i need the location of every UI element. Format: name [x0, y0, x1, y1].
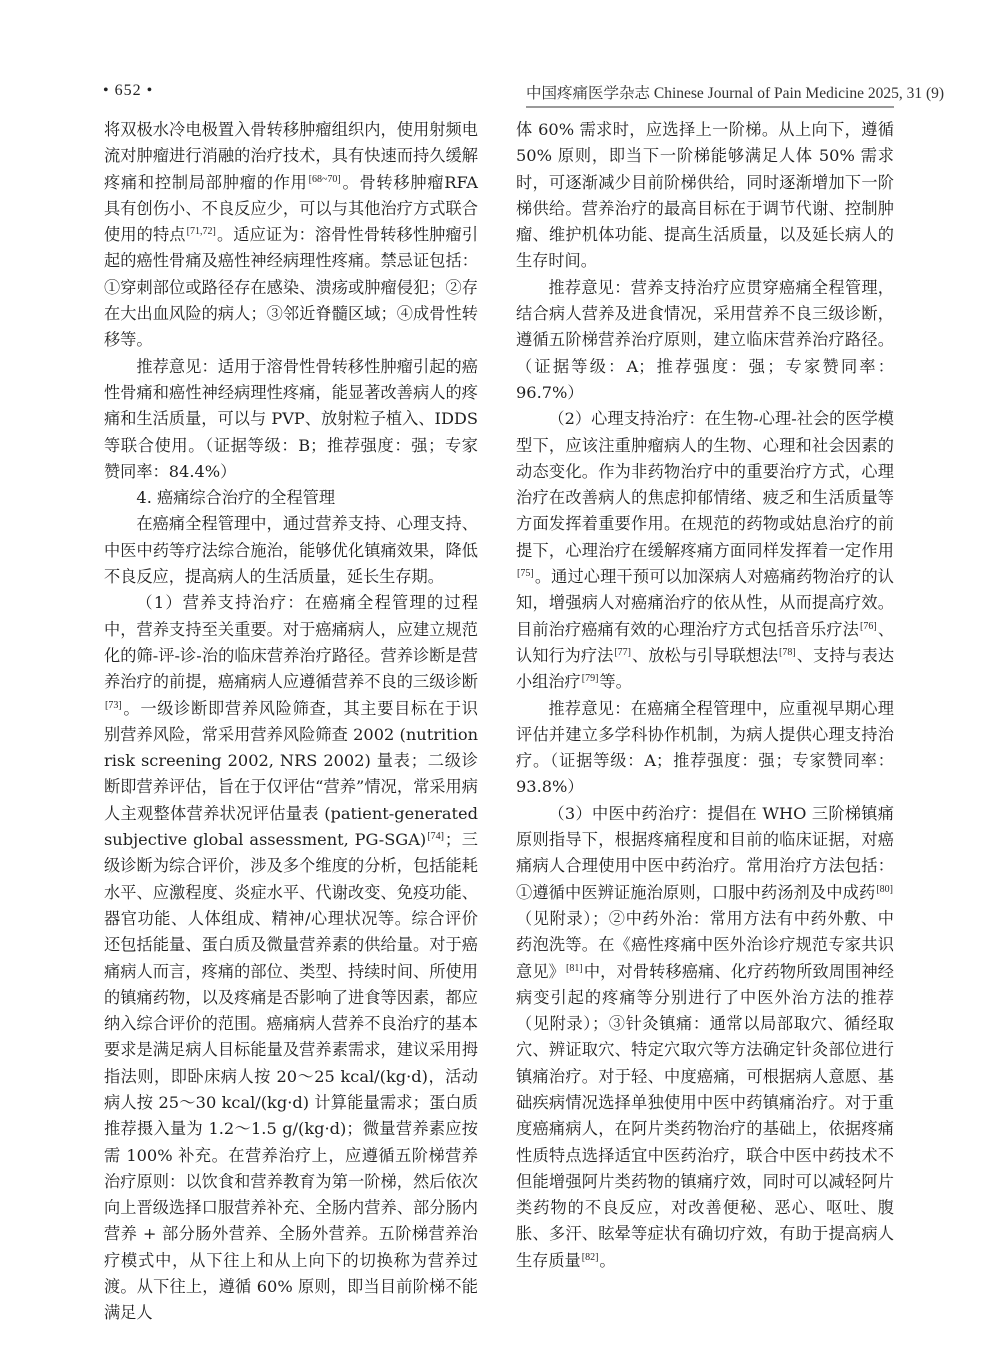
citation[interactable]: [81] [566, 963, 583, 974]
paragraph-intro-full-management: 在癌痛全程管理中，通过营养支持、心理支持、中医中药等疗法综合施治，能够优化镇痛效… [104, 511, 478, 590]
citation[interactable]: [79] [582, 673, 599, 684]
text: 中，对骨转移癌痛、化疗药物所致周围神经病变引起的疼痛等分别进行了中医外治方法的推… [516, 962, 894, 1270]
section-heading: 4. 癌痛综合治疗的全程管理 [104, 485, 478, 511]
recommendation-nutrition: 推荐意见：营养支持治疗应贯穿癌痛全程管理，结合病人营养及进食情况，采用营养不良三… [516, 275, 894, 406]
recommendation-psychological: 推荐意见：在癌痛全程管理中，应重视早期心理评估并建立多学科协作机制，为病人提供心… [516, 696, 894, 801]
paragraph-nutrition-continued: 体 60% 需求时，应选择上一阶梯。从上向下，遵循 50% 原则，即当下一阶梯能… [516, 117, 894, 275]
citation[interactable]: [75] [517, 568, 534, 579]
text: （1）营养支持治疗：在癌痛全程管理的过程中，营养支持至关重要。对于癌痛病人，应建… [104, 593, 478, 691]
citation[interactable]: [80] [876, 884, 893, 895]
text: 、放松与引导联想法 [632, 646, 778, 665]
text: （3）中医中药治疗：提倡在 WHO 三阶梯镇痛原则指导下，根据疼痛程度和目前的临… [516, 804, 894, 902]
citation[interactable]: [82] [582, 1252, 599, 1263]
citation[interactable]: [73] [105, 700, 122, 711]
running-header-journal: 中国疼痛医学杂志 Chinese Journal of Pain Medicin… [526, 81, 894, 108]
paragraph-rfa-description: 将双极水冷电极置入骨转移肿瘤组织内，使用射频电流对肿瘤进行消融的治疗技术，具有快… [104, 117, 478, 354]
citation[interactable]: [77] [614, 647, 631, 658]
paragraph-tcm-treatment: （3）中医中药治疗：提倡在 WHO 三阶梯镇痛原则指导下，根据疼痛程度和目前的临… [516, 801, 894, 1274]
text: （2）心理支持治疗：在生物-心理-社会的医学模型下，应该注重肿瘤病人的生物、心理… [516, 409, 894, 559]
text: 等。 [599, 672, 631, 691]
text: 。通过心理干预可以加深病人对癌痛药物治疗的认知，增强病人对癌痛治疗的依从性，从而… [516, 567, 894, 639]
text: 。一级诊断即营养风险筛查，其主要目标在于识别营养风险，常采用营养风险筛查 200… [104, 699, 478, 849]
text: 。 [599, 1251, 615, 1270]
recommendation-rfa: 推荐意见：适用于溶骨性骨转移性肿瘤引起的癌性骨痛和癌性神经病理性疼痛，能显著改善… [104, 354, 478, 485]
right-column: 体 60% 需求时，应选择上一阶梯。从上向下，遵循 50% 原则，即当下一阶梯能… [516, 117, 894, 1274]
citation[interactable]: [78] [779, 647, 796, 658]
text: ；三级诊断为综合评价，涉及多个维度的分析，包括能耗水平、应激程度、炎症水平、代谢… [104, 830, 478, 1322]
citation[interactable]: [76] [860, 621, 877, 632]
paragraph-nutrition-support: （1）营养支持治疗：在癌痛全程管理的过程中，营养支持至关重要。对于癌痛病人，应建… [104, 590, 478, 1326]
citation[interactable]: [74] [427, 831, 444, 842]
citation[interactable]: [71,72] [187, 226, 216, 237]
left-column: 将双极水冷电极置入骨转移肿瘤组织内，使用射频电流对肿瘤进行消融的治疗技术，具有快… [104, 117, 478, 1327]
page-number: • 652 • [103, 82, 153, 100]
citation[interactable]: [68~70] [309, 174, 341, 185]
paragraph-psychological-support: （2）心理支持治疗：在生物-心理-社会的医学模型下，应该注重肿瘤病人的生物、心理… [516, 406, 894, 695]
